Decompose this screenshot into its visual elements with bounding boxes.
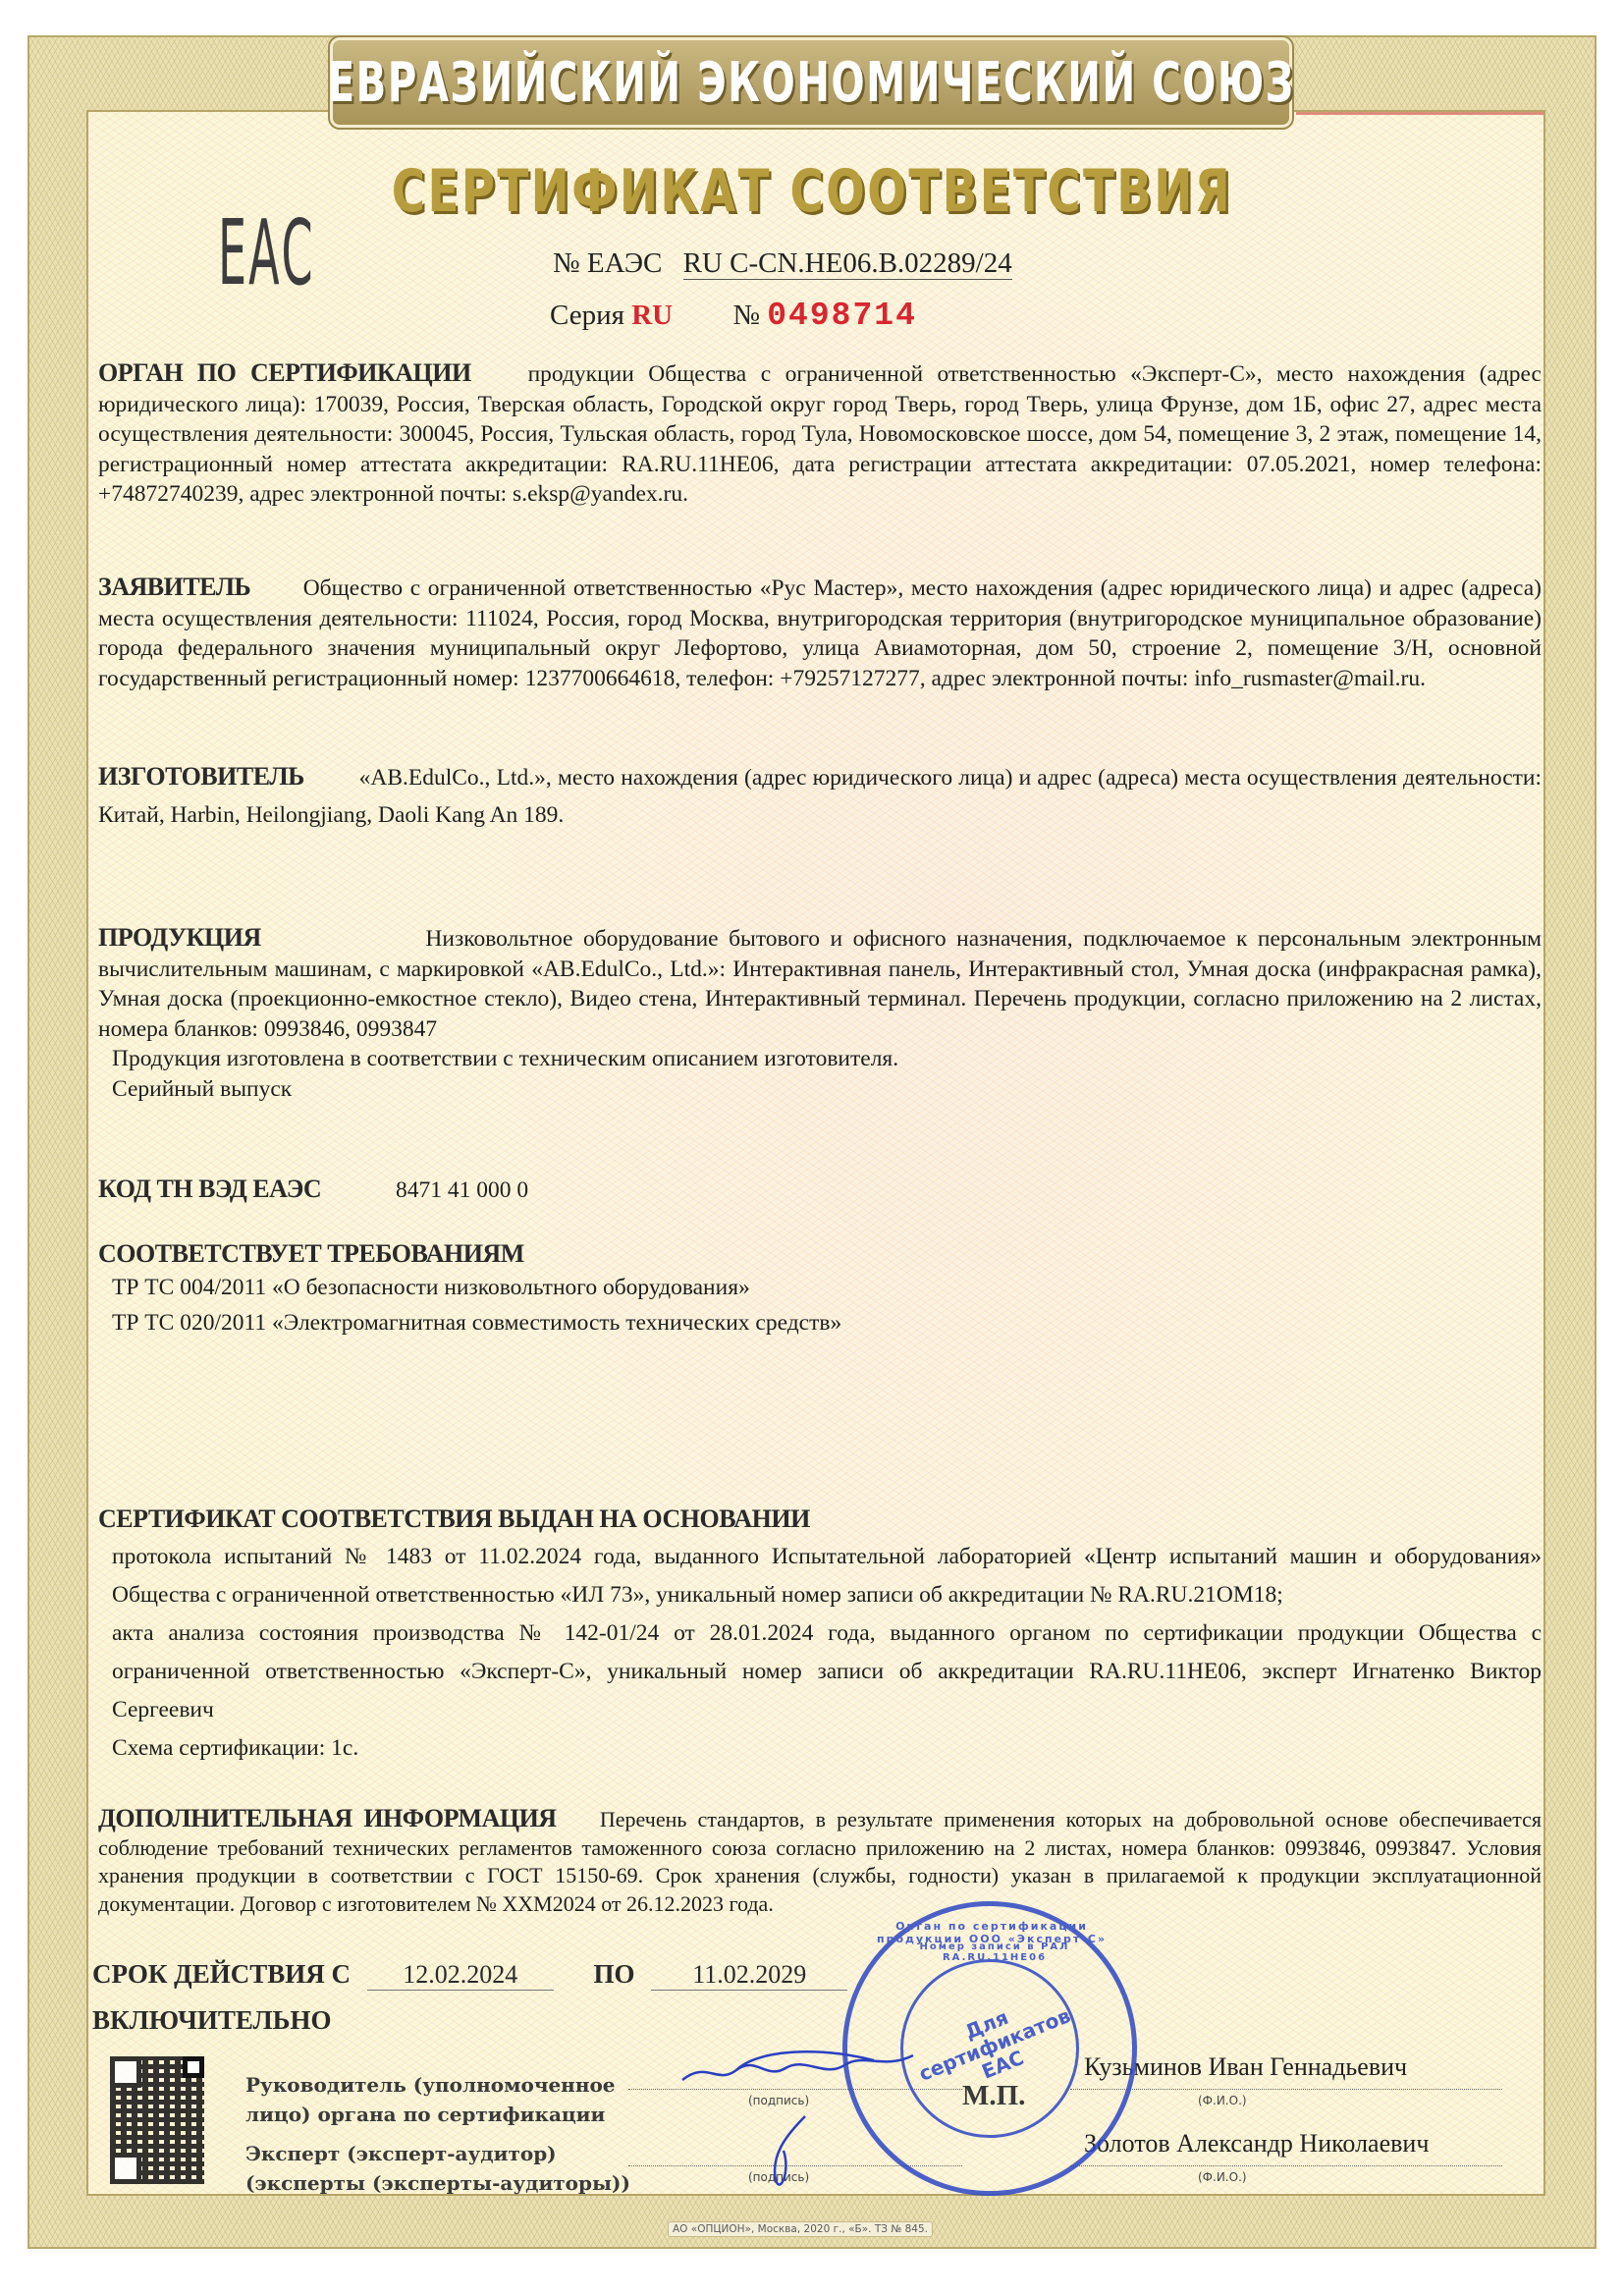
series-line: Серия RU № 0498714 xyxy=(550,298,917,334)
expert-signature-icon xyxy=(746,2111,825,2200)
section-heading: ЗАЯВИТЕЛЬ xyxy=(98,573,250,601)
valid-to-date: 11.02.2029 xyxy=(651,1960,847,1991)
requirements-section: СООТВЕТСТВУЕТ ТРЕБОВАНИЯМ ТР ТС 004/2011… xyxy=(98,1239,1542,1340)
applicant-section: ЗАЯВИТЕЛЬ Общество с ограниченной ответс… xyxy=(98,573,1542,693)
section-heading: СЕРТИФИКАТ СООТВЕТСТВИЯ ВЫДАН НА ОСНОВАН… xyxy=(98,1500,1542,1538)
manufacturer-section: ИЗГОТОВИТЕЛЬ «AB.EdulCo., Ltd.», место н… xyxy=(98,758,1542,834)
section-heading: ПРОДУКЦИЯ xyxy=(98,923,261,952)
product-section: ПРОДУКЦИЯ Низковольтное оборудование быт… xyxy=(98,923,1542,1104)
series-value: RU xyxy=(631,300,673,331)
number-prefix: № ЕАЭС xyxy=(553,247,662,279)
name-caption: (Ф.И.О.) xyxy=(1198,2170,1247,2184)
product-note: Продукция изготовлена в соответствии с т… xyxy=(98,1044,1542,1074)
basis-section: СЕРТИФИКАТ СООТВЕТСТВИЯ ВЫДАН НА ОСНОВАН… xyxy=(98,1500,1542,1768)
name-caption: (Ф.И.О.) xyxy=(1198,2094,1247,2107)
basis-paragraph: протокола испытаний № 1483 от 11.02.2024… xyxy=(98,1538,1542,1614)
section-heading: КОД ТН ВЭД ЕАЭС xyxy=(98,1175,321,1203)
hs-code-section: КОД ТН ВЭД ЕАЭС 8471 41 000 0 xyxy=(98,1175,1542,1206)
section-text: «AB.EdulCo., Ltd.», место нахождения (ад… xyxy=(98,765,1542,828)
product-note: Серийный выпуск xyxy=(98,1074,1542,1105)
validity-inclusive: ВКЛЮЧИТЕЛЬНО xyxy=(92,2005,332,2036)
requirement-item: ТР ТС 020/2011 «Электромагнитная совмест… xyxy=(98,1305,1542,1340)
number-value: RU C-CN.HE06.B.02289/24 xyxy=(683,247,1012,280)
certification-scheme: Схема сертификации: 1с. xyxy=(98,1729,1542,1768)
expert-signatory-label: Эксперт (эксперт-аудитор) (эксперты (экс… xyxy=(245,2139,630,2198)
validity-period: СРОК ДЕЙСТВИЯ С 12.02.2024 ПО 11.02.2029 xyxy=(92,1959,847,1991)
eac-logo-icon: ЕАС xyxy=(218,206,275,301)
blank-number: 0498714 xyxy=(767,298,917,334)
blank-number-label: № xyxy=(732,300,760,331)
official-stamp: Орган по сертификации продукции ООО «Экс… xyxy=(842,1901,1137,2196)
basis-paragraph: акта анализа состояния производства № 14… xyxy=(98,1614,1542,1729)
certification-body-section: ОРГАН ПО СЕРТИФИКАЦИИ продукции Общества… xyxy=(98,358,1542,510)
head-name-line xyxy=(1070,2089,1502,2090)
section-text: Общество с ограниченной ответственностью… xyxy=(98,575,1542,691)
section-heading: ДОПОЛНИТЕЛЬНАЯ ИНФОРМАЦИЯ xyxy=(98,1804,557,1832)
certificate-number: № ЕАЭС RU C-CN.HE06.B.02289/24 xyxy=(553,247,1012,280)
valid-from-label: СРОК ДЕЙСТВИЯ С xyxy=(92,1959,351,1989)
stamp-middle-text: Номер записи в РАЛ RA.RU.11HE06 xyxy=(887,1941,1103,1963)
valid-to-label: ПО xyxy=(594,1959,635,1989)
section-text: Низковольтное оборудование бытового и оф… xyxy=(98,926,1542,1042)
union-title: ЕВРАЗИЙСКИЙ ЭКОНОМИЧЕСКИЙ СОЮЗ xyxy=(327,51,1294,115)
hs-code-value: 8471 41 000 0 xyxy=(396,1177,528,1203)
expert-name-line xyxy=(1070,2165,1502,2166)
section-heading: ОРГАН ПО СЕРТИФИКАЦИИ xyxy=(98,358,471,387)
section-heading: СООТВЕТСТВУЕТ ТРЕБОВАНИЯМ xyxy=(98,1239,1542,1270)
expert-name: Золотов Александр Николаевич xyxy=(1084,2129,1429,2159)
printer-imprint: АО «ОПЦИОН», Москва, 2020 г., «Б». ТЗ № … xyxy=(668,2221,933,2237)
section-heading: ИЗГОТОВИТЕЛЬ xyxy=(98,762,304,791)
valid-from-date: 12.02.2024 xyxy=(367,1960,554,1991)
seal-label: М.П. xyxy=(962,2080,1025,2112)
series-label: Серия xyxy=(550,300,624,331)
qr-code-finder-icon xyxy=(183,2056,204,2078)
requirement-item: ТР ТС 004/2011 «О безопасности низковоль… xyxy=(98,1270,1542,1305)
additional-info-section: ДОПОЛНИТЕЛЬНАЯ ИНФОРМАЦИЯ Перечень станд… xyxy=(98,1805,1542,1918)
union-header-band: ЕВРАЗИЙСКИЙ ЭКОНОМИЧЕСКИЙ СОЮЗ xyxy=(330,37,1292,128)
head-signatory-label: Руководитель (уполномоченное лицо) орган… xyxy=(245,2070,616,2129)
